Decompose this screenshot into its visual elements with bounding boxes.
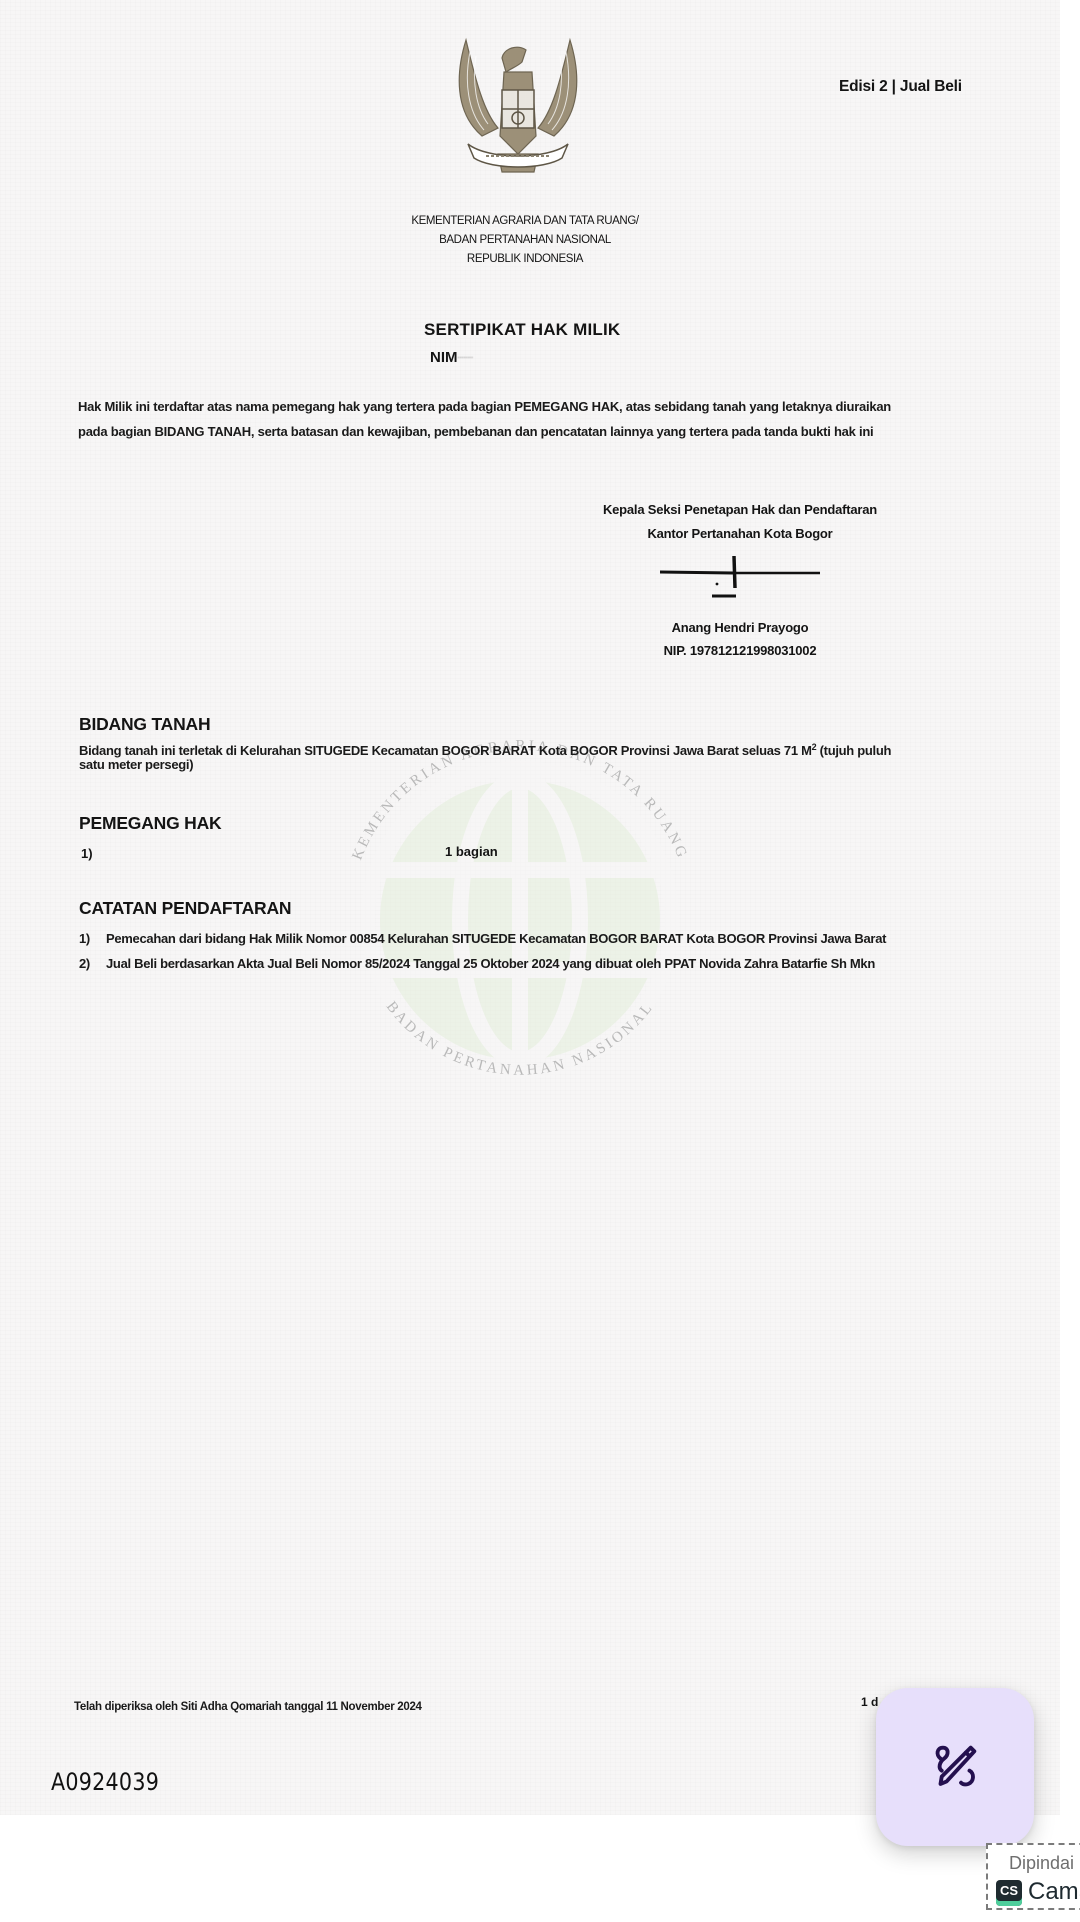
bidang-tanah-line: satu meter persegi) xyxy=(79,758,891,772)
section-heading-catatan-pendaftaran: CATATAN PENDAFTARAN xyxy=(79,898,291,919)
intro-paragraph: Hak Milik ini terdaftar atas nama pemega… xyxy=(78,394,891,444)
signature-mark xyxy=(660,552,820,612)
signatory-nip: NIP. 197812121998031002 xyxy=(590,639,890,662)
list-item-text: Pemecahan dari bidang Hak Milik Nomor 00… xyxy=(106,931,886,946)
list-item-number: 1) xyxy=(79,926,106,951)
scanned-document: Edisi 2 | Jual Beli KEMENTERIAN AGRARIA … xyxy=(0,0,1060,1815)
garuda-emblem-icon xyxy=(448,32,588,182)
certificate-number: NIM........ xyxy=(430,349,473,366)
registration-notes-list: 1)Pemecahan dari bidang Hak Milik Nomor … xyxy=(79,926,886,976)
holder-share: 1 bagian xyxy=(445,844,498,859)
signatory-position-line: Kepala Seksi Penetapan Hak dan Pendaftar… xyxy=(590,498,890,522)
draw-signature-icon xyxy=(926,1738,984,1796)
bidang-tanah-line: Bidang tanah ini terletak di Kelurahan S… xyxy=(79,744,891,758)
section-heading-pemegang-hak: PEMEGANG HAK xyxy=(79,813,221,834)
signatory-position: Kepala Seksi Penetapan Hak dan Pendaftar… xyxy=(590,498,890,546)
list-item: 1)Pemecahan dari bidang Hak Milik Nomor … xyxy=(79,926,886,951)
list-item: 2)Jual Beli berdasarkan Akta Jual Beli N… xyxy=(79,951,886,976)
camscanner-logo-icon: CS xyxy=(996,1880,1022,1906)
edition-label: Edisi 2 | Jual Beli xyxy=(839,78,962,96)
sign-document-button[interactable] xyxy=(876,1688,1034,1846)
ministry-line: KEMENTERIAN AGRARIA DAN TATA RUANG/ xyxy=(340,212,710,231)
signatory: Anang Hendri Prayogo NIP. 19781212199803… xyxy=(590,616,890,662)
certificate-title: SERTIPIKAT HAK MILIK xyxy=(424,320,620,340)
list-item-number: 2) xyxy=(79,951,106,976)
scanned-label: Dipindai xyxy=(1009,1853,1074,1874)
intro-line: pada bagian BIDANG TANAH, serta batasan … xyxy=(78,419,891,444)
signatory-name: Anang Hendri Prayogo xyxy=(590,616,890,639)
ministry-header: KEMENTERIAN AGRARIA DAN TATA RUANG/ BADA… xyxy=(340,212,710,269)
certificate-number-redacted: ........ xyxy=(458,353,474,360)
camscanner-brand: CamS xyxy=(1028,1878,1080,1906)
ministry-line: BADAN PERTANAHAN NASIONAL xyxy=(340,231,710,250)
checked-by-note: Telah diperiksa oleh Siti Adha Qomariah … xyxy=(74,1701,422,1713)
list-item-text: Jual Beli berdasarkan Akta Jual Beli Nom… xyxy=(106,956,875,971)
page-indicator: 1 d xyxy=(861,1695,878,1709)
intro-line: Hak Milik ini terdaftar atas nama pemega… xyxy=(78,394,891,419)
holder-number: 1) xyxy=(81,846,93,861)
camscanner-stamp: Dipindai CS CamS xyxy=(986,1843,1080,1910)
serial-number: A0924039 xyxy=(51,1768,159,1796)
signatory-office-line: Kantor Pertanahan Kota Bogor xyxy=(590,522,890,546)
bidang-tanah-description: Bidang tanah ini terletak di Kelurahan S… xyxy=(79,744,891,772)
ministry-line: REPUBLIK INDONESIA xyxy=(340,250,710,269)
section-heading-bidang-tanah: BIDANG TANAH xyxy=(79,714,210,735)
certificate-number-prefix: NIM xyxy=(430,349,458,366)
